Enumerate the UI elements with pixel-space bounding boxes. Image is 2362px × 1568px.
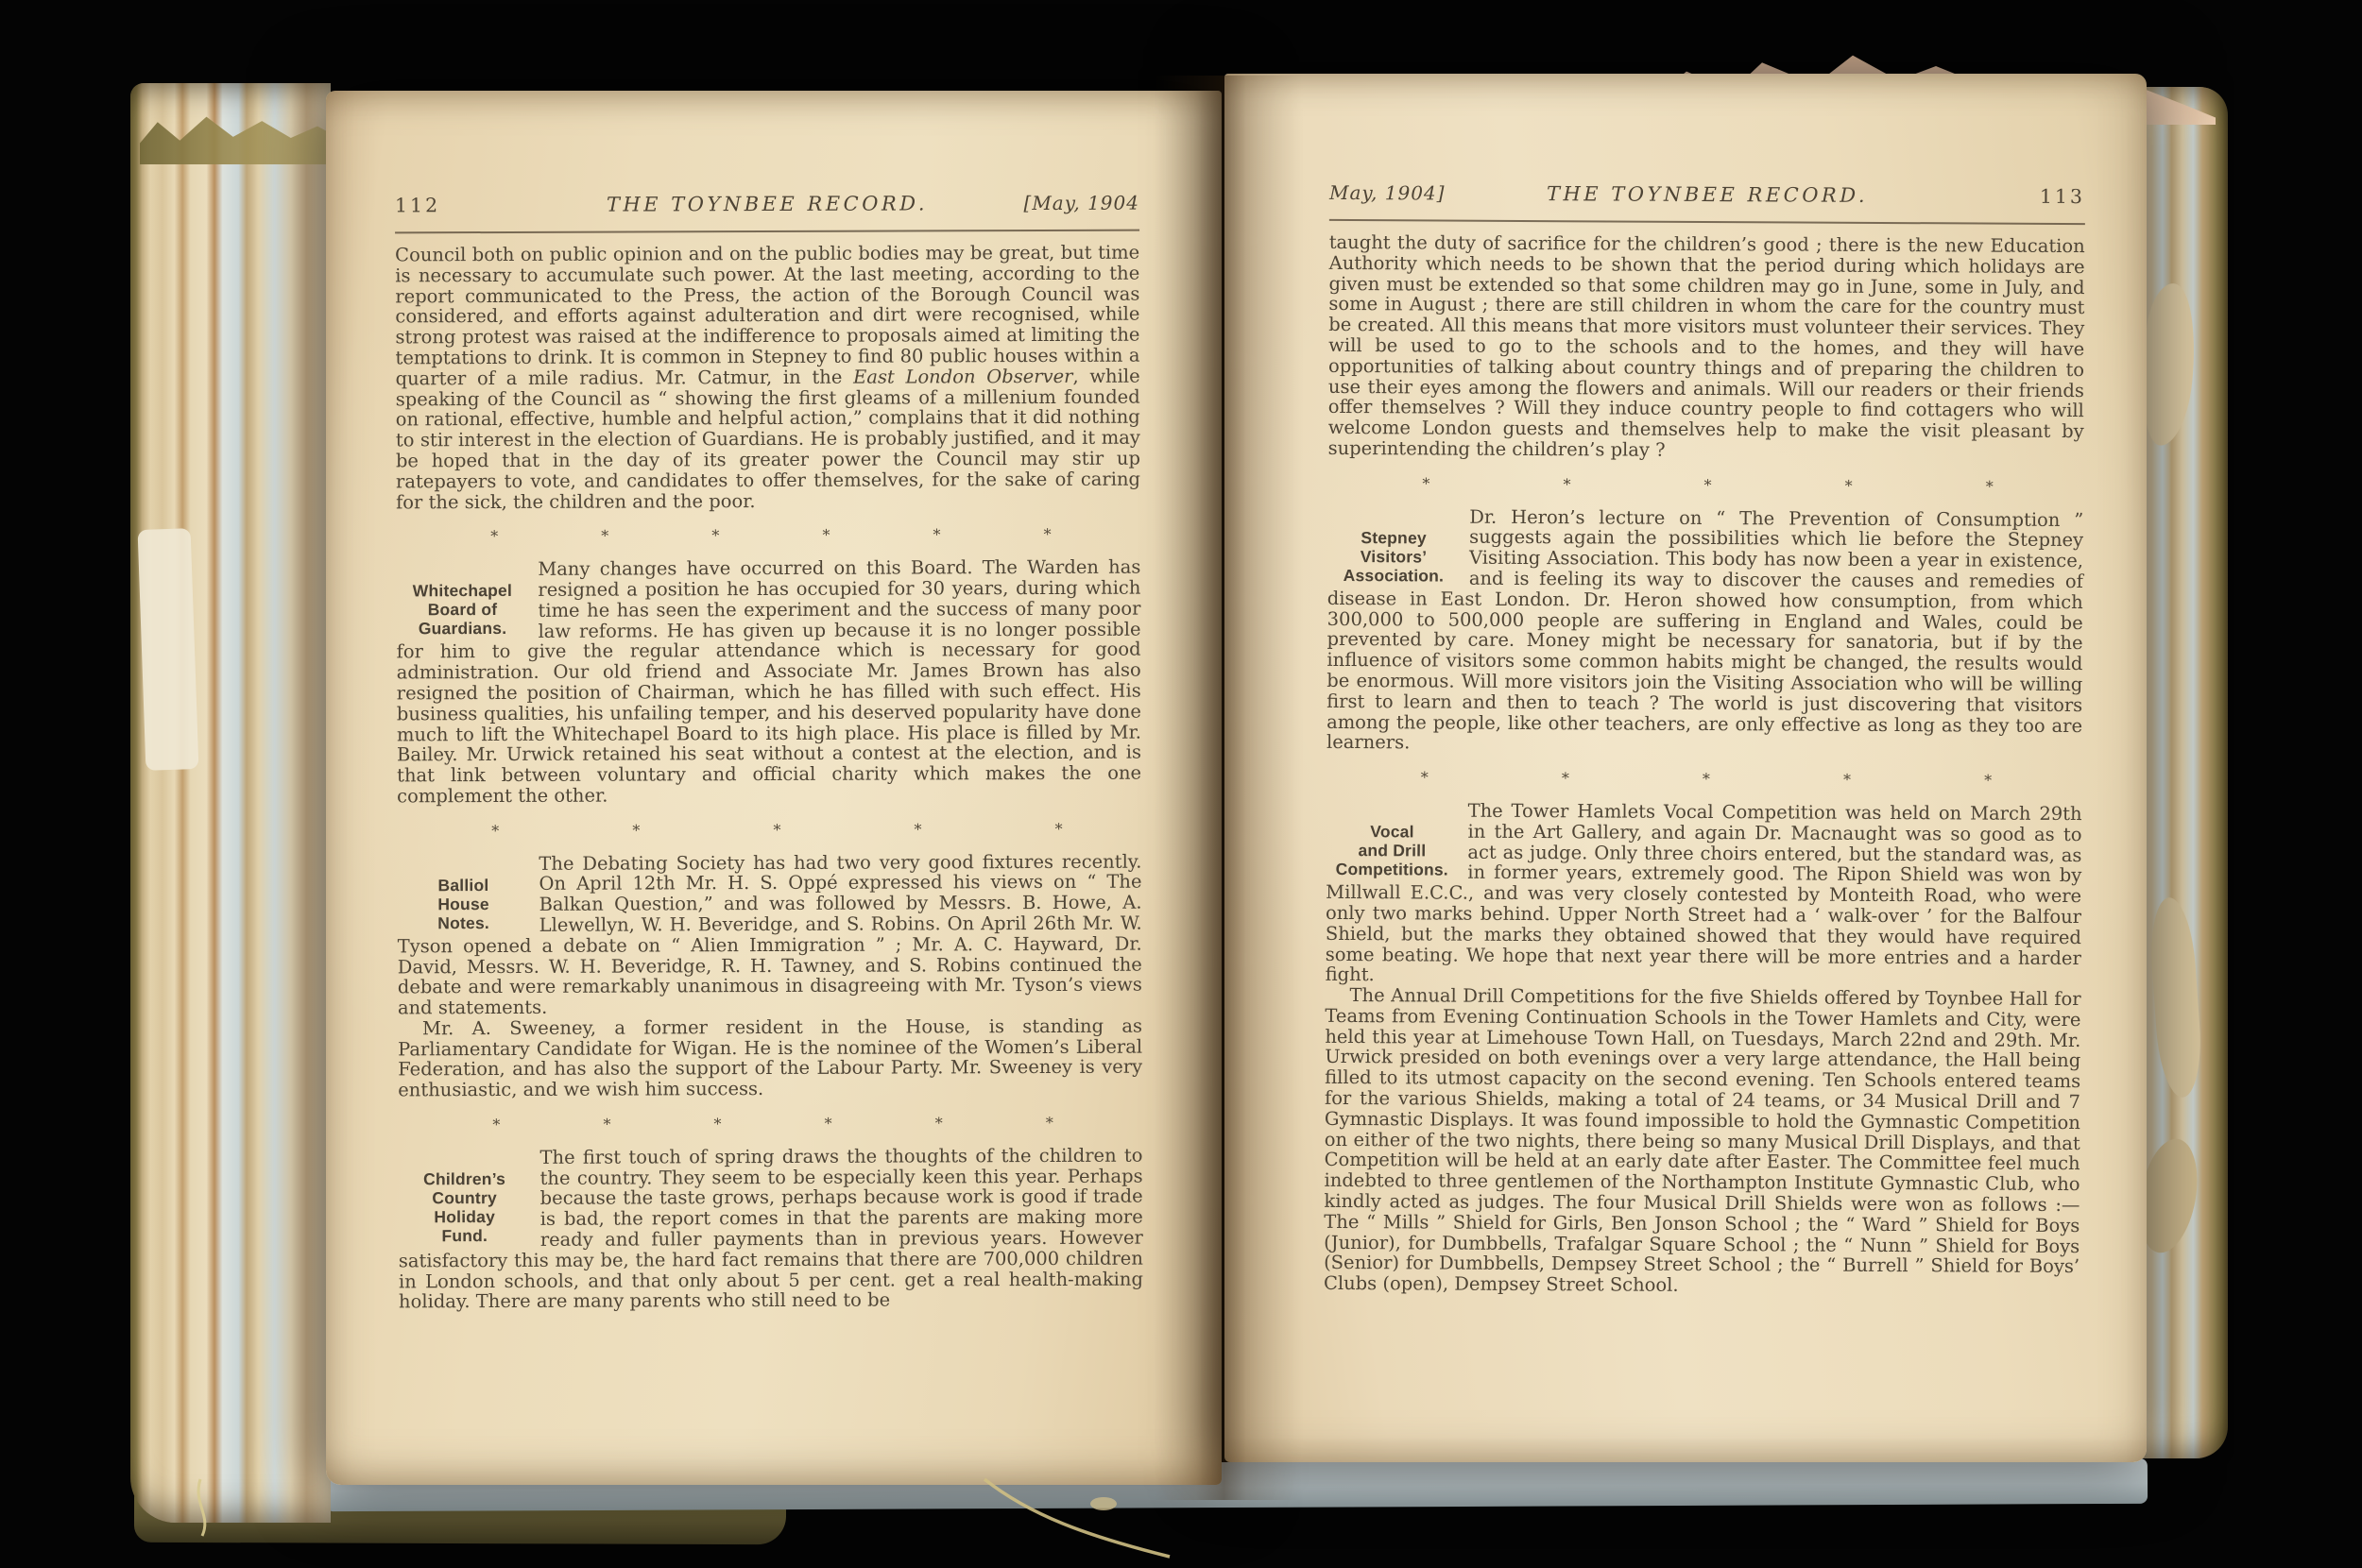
page-edge-stack-left-tab	[138, 528, 199, 771]
section-balliol-house: Balliol House Notes. The Debating Societ…	[397, 851, 1142, 1100]
header-rule-right	[1329, 219, 2085, 225]
right-page-number: 113	[2040, 187, 2085, 208]
journal-title-right: THE TOYNBEE RECORD.	[1547, 184, 1868, 207]
paragraph-holidays: taught the duty of sacrifice for the chi…	[1328, 232, 2085, 463]
section-whitechapel-board: Whitechapel Board of Guardians. Many cha…	[396, 557, 1141, 807]
paragraph-council-text2: , while speaking of the Council as “ sho…	[396, 365, 1140, 513]
section-stepney-visitors: Stepney Visitors’ Association. Dr. Heron…	[1326, 505, 2083, 757]
asterisk-separator: * * * * *	[1327, 473, 2083, 498]
asterisk-separator: * * * * * *	[396, 524, 1140, 548]
paragraph-council: Council both on public opinion and on th…	[395, 243, 1140, 513]
book-photograph: 112 THE TOYNBEE RECORD. [May, 1904 Counc…	[0, 0, 2362, 1568]
header-rule-left	[395, 230, 1139, 234]
asterisk-separator: * * * * *	[397, 818, 1141, 842]
sidenote-stepney-visitors: Stepney Visitors’ Association.	[1327, 505, 1469, 585]
left-page-number: 112	[395, 196, 440, 216]
asterisk-separator: * * * * * *	[398, 1113, 1142, 1136]
left-page-header: 112 THE TOYNBEE RECORD. [May, 1904	[395, 194, 1139, 223]
paragraph-sweeney: Mr. A. Sweeney, a former resident in the…	[398, 1016, 1142, 1101]
sidenote-whitechapel-board: Whitechapel Board of Guardians.	[396, 559, 538, 639]
issue-date-left: [May, 1904	[1023, 194, 1139, 214]
publication-name-italic: East London Observer	[853, 366, 1072, 388]
right-page-header: May, 1904] THE TOYNBEE RECORD. 113	[1329, 183, 2085, 213]
asterisk-separator: * * * * *	[1326, 767, 2082, 792]
sidenote-balliol-house: Balliol House Notes.	[397, 853, 539, 932]
section-childrens-holiday-fund: Children’s Country Holiday Fund. The fir…	[398, 1145, 1143, 1312]
sidenote-childrens-holiday-fund: Children’s Country Holiday Fund.	[398, 1148, 539, 1246]
section-vocal-drill: Vocal and Drill Competitions. The Tower …	[1324, 800, 2082, 1298]
paragraph-drill-competitions: The Annual Drill Competitions for the fi…	[1324, 985, 2081, 1298]
sidenote-vocal-drill: Vocal and Drill Competitions.	[1326, 800, 1467, 879]
left-page-content: 112 THE TOYNBEE RECORD. [May, 1904 Counc…	[395, 194, 1143, 1313]
issue-date-right: May, 1904]	[1329, 183, 1446, 204]
right-page-content: May, 1904] THE TOYNBEE RECORD. 113 taugh…	[1324, 183, 2085, 1298]
journal-title-left: THE TOYNBEE RECORD.	[607, 194, 928, 215]
page-edge-stack-left	[130, 83, 331, 1523]
